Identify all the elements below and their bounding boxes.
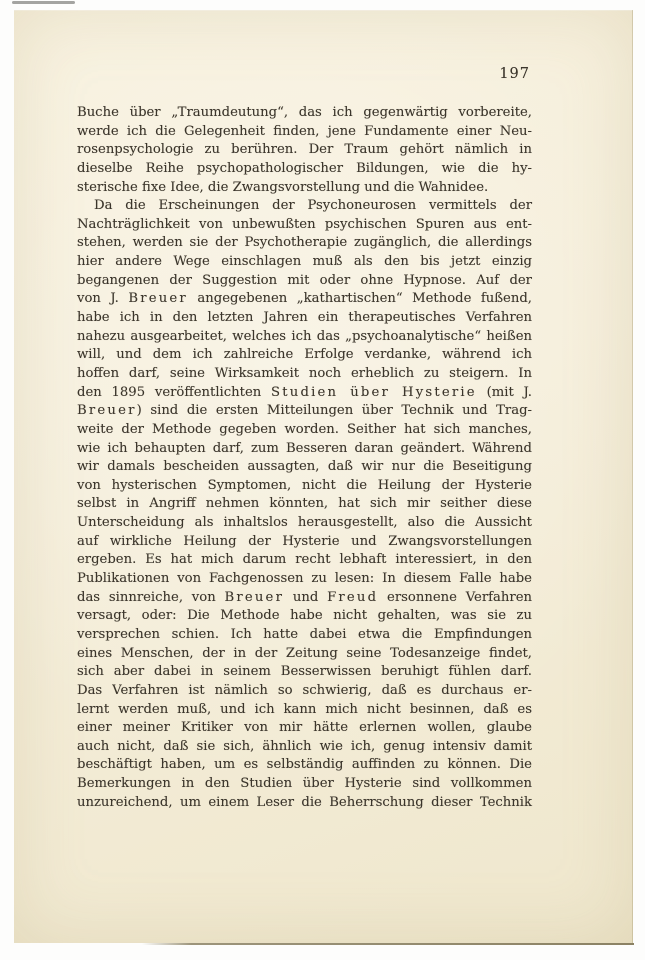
text-line: sich aber dabei in seinem Besserwissen b… [77, 663, 532, 682]
emphasized-name: Studien über Hysterie [271, 385, 477, 400]
book-page: 197 Buche über „Traumdeutung“, das ich g… [14, 10, 633, 943]
emphasized-name: Breuer [224, 590, 284, 605]
text-line: rosenpsychologie zu berühren. Der Traum … [77, 141, 532, 160]
text-line: sterische fixe Idee, die Zwangsvorstellu… [77, 179, 532, 198]
text-line: selbst in Angriff nehmen könnten, hat si… [77, 495, 532, 514]
text-line: von J. Breuer angegebenen „kathartischen… [77, 290, 532, 309]
emphasized-name: Breuer [77, 403, 137, 418]
text-line: beschäftigt haben, um es selbständig auf… [77, 756, 532, 775]
text-line: stehen, werden sie der Psychotherapie zu… [77, 234, 532, 253]
text-line: lernt werden muß, und ich kann mich nich… [77, 701, 532, 720]
text-line: will, und dem ich zahlreiche Erfolge ver… [77, 346, 532, 365]
text-line: Publikationen von Fachgenossen zu lesen:… [77, 570, 532, 589]
text-line: den 1895 veröffentlichten Studien über H… [77, 384, 532, 403]
scan-artifact-mark [12, 1, 75, 4]
text-line: versagt, oder: Die Methode habe nicht ge… [77, 607, 532, 626]
text-line: dieselbe Reihe psychopathologischer Bild… [77, 160, 532, 179]
text-line: Buche über „Traumdeutung“, das ich gegen… [77, 104, 532, 123]
text-line: nahezu ausgearbeitet, welches ich das „p… [77, 328, 532, 347]
text-line: werde ich die Gelegenheit finden, jene F… [77, 123, 532, 142]
text-line: ergeben. Es hat mich darum recht lebhaft… [77, 551, 532, 570]
text-line: hier andere Wege einschlagen muß als den… [77, 253, 532, 272]
emphasized-name: Freud [327, 590, 378, 605]
text-line: wie ich behaupten darf, zum Besseren dar… [77, 440, 532, 459]
text-line: eines Menschen, der in der Zeitung seine… [77, 645, 532, 664]
text-line: auf wirkliche Heilung der Hysterie und Z… [77, 533, 532, 552]
text-line: weite der Methode gegeben worden. Seithe… [77, 421, 532, 440]
text-line: Da die Erscheinungen der Psychoneurosen … [77, 197, 532, 216]
text-line: Das Verfahren ist nämlich so schwierig, … [77, 682, 532, 701]
text-line: Unterscheidung als inhaltslos herausgest… [77, 514, 532, 533]
text-line: hoffen darf, seine Wirksamkeit noch erhe… [77, 365, 532, 384]
text-line: von hysterischen Symptomen, nicht die He… [77, 477, 532, 496]
text-line: versprechen schien. Ich hatte dabei etwa… [77, 626, 532, 645]
page-number: 197 [499, 66, 530, 82]
text-line: habe ich in den letzten Jahren ein thera… [77, 309, 532, 328]
text-line: Nachträglichkeit von unbewußten psychisc… [77, 216, 532, 235]
emphasized-name: Breuer [128, 291, 188, 306]
text-line: auch nicht, daß sie sich, ähnlich wie ic… [77, 738, 532, 757]
text-line: begangenen der Suggestion mit oder ohne … [77, 272, 532, 291]
text-line: wir damals bescheiden aussagten, daß wir… [77, 458, 532, 477]
text-line: Breuer) sind die ersten Mitteilungen übe… [77, 402, 532, 421]
text-line: Bemerkungen in den Studien über Hysterie… [77, 775, 532, 794]
text-line: das sinnreiche, von Breuer und Freud ers… [77, 589, 532, 608]
text-line: unzureichend, um einem Leser die Beherrs… [77, 794, 532, 813]
scanned-page-background: 197 Buche über „Traumdeutung“, das ich g… [0, 0, 645, 960]
text-block: Buche über „Traumdeutung“, das ich gegen… [77, 104, 532, 812]
text-line: einer meiner Kritiker von mir hätte erle… [77, 719, 532, 738]
